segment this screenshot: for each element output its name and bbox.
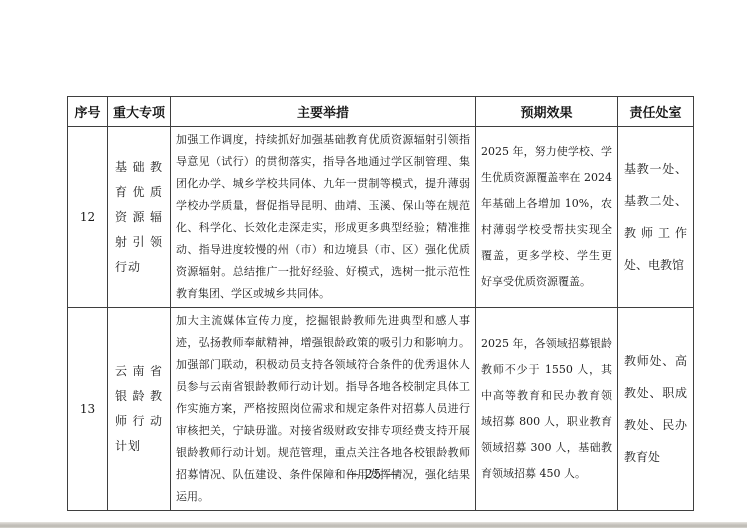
table-header-row: 序号 重大专项 主要举措 预期效果 责任处室 <box>68 97 694 127</box>
document-page: 序号 重大专项 主要举措 预期效果 责任处室 12 基础教育优质资源辐射引领行动… <box>0 0 747 528</box>
table-row: 12 基础教育优质资源辐射引领行动 加强工作调度，持续抓好加强基础教育优质资源辐… <box>68 127 694 308</box>
cell-main-measures: 加强工作调度，持续抓好加强基础教育优质资源辐射引领指导意见（试行）的贯彻落实，指… <box>171 127 476 308</box>
col-header-expected-results: 预期效果 <box>476 97 618 127</box>
cell-major-project: 基础教育优质资源辐射引领行动 <box>108 127 171 308</box>
cell-responsible-office: 基教一处、基教二处、教师工作处、电教馆 <box>618 127 694 308</box>
col-header-serial-number: 序号 <box>68 97 108 127</box>
page-bottom-edge <box>0 522 747 528</box>
cell-serial-number: 12 <box>68 127 108 308</box>
col-header-major-project: 重大专项 <box>108 97 171 127</box>
cell-expected-results: 2025 年，努力使学校、学生优质资源覆盖率在 2024 年基础上各增加 10%… <box>476 127 618 308</box>
col-header-responsible-office: 责任处室 <box>618 97 694 127</box>
page-number: — 25 — <box>0 467 747 481</box>
major-projects-table: 序号 重大专项 主要举措 预期效果 责任处室 12 基础教育优质资源辐射引领行动… <box>67 96 694 511</box>
col-header-main-measures: 主要举措 <box>171 97 476 127</box>
